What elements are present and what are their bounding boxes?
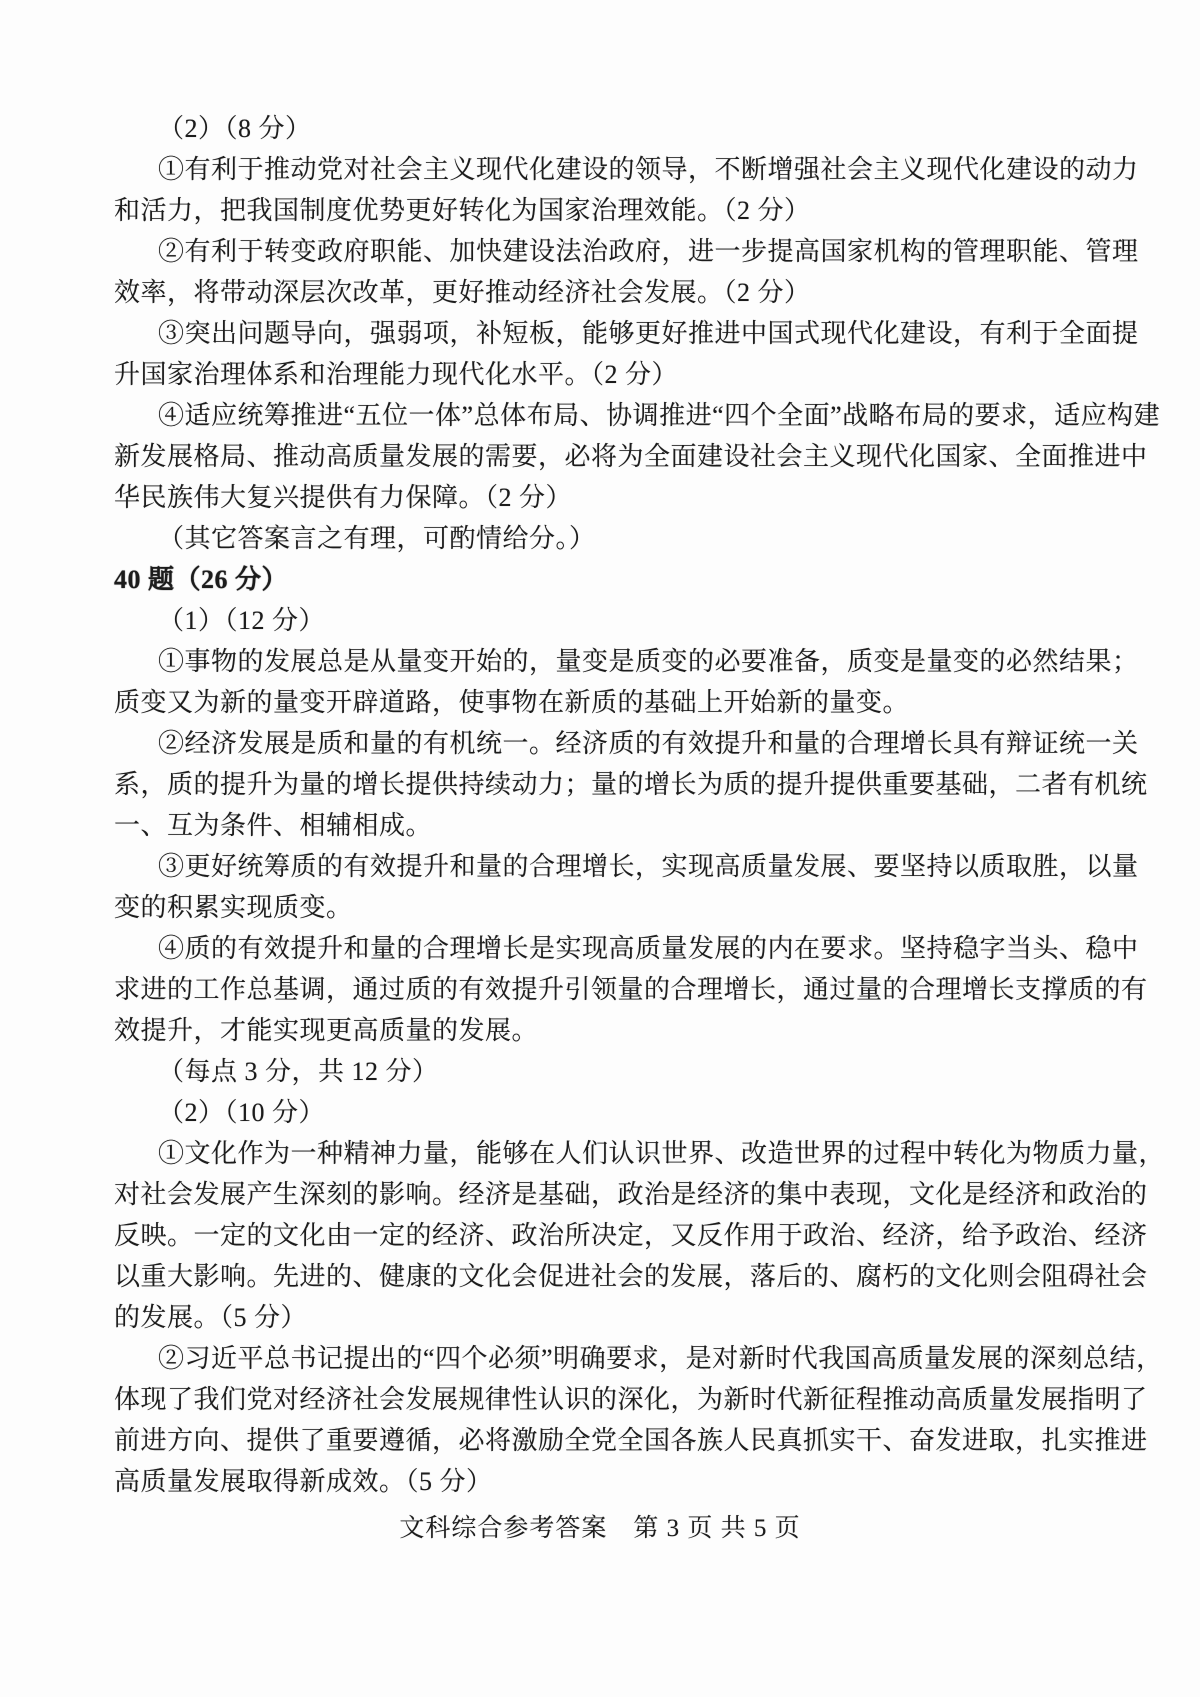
text-line: ②经济发展是质和量的有机统一。经济质的有效提升和量的合理增长具有辩证统一关 bbox=[114, 723, 1094, 764]
text-line: ④质的有效提升和量的合理增长是实现高质量发展的内在要求。坚持稳字当头、稳中 bbox=[114, 928, 1094, 969]
text-line: （1）（12 分） bbox=[114, 600, 1094, 641]
text-line: ②习近平总书记提出的“四个必须”明确要求，是对新时代我国高质量发展的深刻总结， bbox=[114, 1338, 1094, 1379]
text-line: ④适应统筹推进“五位一体”总体布局、协调推进“四个全面”战略布局的要求，适应构建 bbox=[114, 395, 1094, 436]
text-line: ②有利于转变政府职能、加快建设法治政府，进一步提高国家机构的管理职能、管理 bbox=[114, 231, 1094, 272]
text-line: 反映。一定的文化由一定的经济、政治所决定，又反作用于政治、经济，给予政治、经济 bbox=[114, 1215, 1094, 1256]
text-line: 高质量发展取得新成效。（5 分） bbox=[114, 1461, 1094, 1502]
text-line: （2）（8 分） bbox=[114, 108, 1094, 149]
text-line: 和活力，把我国制度优势更好转化为国家治理效能。（2 分） bbox=[114, 190, 1094, 231]
text-line: 质变又为新的量变开辟道路，使事物在新质的基础上开始新的量变。 bbox=[114, 682, 1094, 723]
text-line: 华民族伟大复兴提供有力保障。（2 分） bbox=[114, 477, 1094, 518]
text-line: ①事物的发展总是从量变开始的，量变是质变的必要准备，质变是量变的必然结果； bbox=[114, 641, 1094, 682]
text-line: ③更好统筹质的有效提升和量的合理增长，实现高质量发展、要坚持以质取胜，以量 bbox=[114, 846, 1094, 887]
text-line: （2）（10 分） bbox=[114, 1092, 1094, 1133]
text-line: 前进方向、提供了重要遵循，必将激励全党全国各族人民真抓实干、奋发进取，扎实推进 bbox=[114, 1420, 1094, 1461]
text-line: 效率，将带动深层次改革，更好推动经济社会发展。（2 分） bbox=[114, 272, 1094, 313]
text-line: 求进的工作总基调，通过质的有效提升引领量的合理增长，通过量的合理增长支撑质的有 bbox=[114, 969, 1094, 1010]
text-line: 以重大影响。先进的、健康的文化会促进社会的发展，落后的、腐朽的文化则会阻碍社会 bbox=[114, 1256, 1094, 1297]
answer-sheet-page: （2）（8 分） ①有利于推动党对社会主义现代化建设的领导，不断增强社会主义现代… bbox=[0, 0, 1200, 1697]
footer-title: 文科综合参考答案 bbox=[399, 1515, 607, 1542]
text-line: （每点 3 分，共 12 分） bbox=[114, 1051, 1094, 1092]
text-line: 系，质的提升为量的增长提供持续动力；量的增长为质的提升提供重要基础，二者有机统 bbox=[114, 764, 1094, 805]
text-line: 变的积累实现质变。 bbox=[114, 887, 1094, 928]
text-line: 效提升，才能实现更高质量的发展。 bbox=[114, 1010, 1094, 1051]
text-line: 升国家治理体系和治理能力现代化水平。（2 分） bbox=[114, 354, 1094, 395]
text-line: 对社会发展产生深刻的影响。经济是基础，政治是经济的集中表现，文化是经济和政治的 bbox=[114, 1174, 1094, 1215]
text-line: 一、互为条件、相辅相成。 bbox=[114, 805, 1094, 846]
question-40-heading: 40 题（26 分） bbox=[114, 559, 1094, 600]
text-line: ①有利于推动党对社会主义现代化建设的领导，不断增强社会主义现代化建设的动力 bbox=[114, 149, 1094, 190]
text-line: ③突出问题导向，强弱项，补短板，能够更好推进中国式现代化建设，有利于全面提 bbox=[114, 313, 1094, 354]
text-line: ①文化作为一种精神力量，能够在人们认识世界、改造世界的过程中转化为物质力量， bbox=[114, 1133, 1094, 1174]
answer-text-block: （2）（8 分） ①有利于推动党对社会主义现代化建设的领导，不断增强社会主义现代… bbox=[114, 108, 1094, 1502]
footer-page-indicator: 第 3 页 共 5 页 bbox=[633, 1515, 800, 1542]
text-line: 的发展。（5 分） bbox=[114, 1297, 1094, 1338]
text-line: 新发展格局、推动高质量发展的需要，必将为全面建设社会主义现代化国家、全面推进中 bbox=[114, 436, 1094, 477]
page-footer: 文科综合参考答案第 3 页 共 5 页 bbox=[0, 1508, 1200, 1544]
text-line: 体现了我们党对经济社会发展规律性认识的深化，为新时代新征程推动高质量发展指明了 bbox=[114, 1379, 1094, 1420]
text-line: （其它答案言之有理，可酌情给分。） bbox=[114, 518, 1094, 559]
